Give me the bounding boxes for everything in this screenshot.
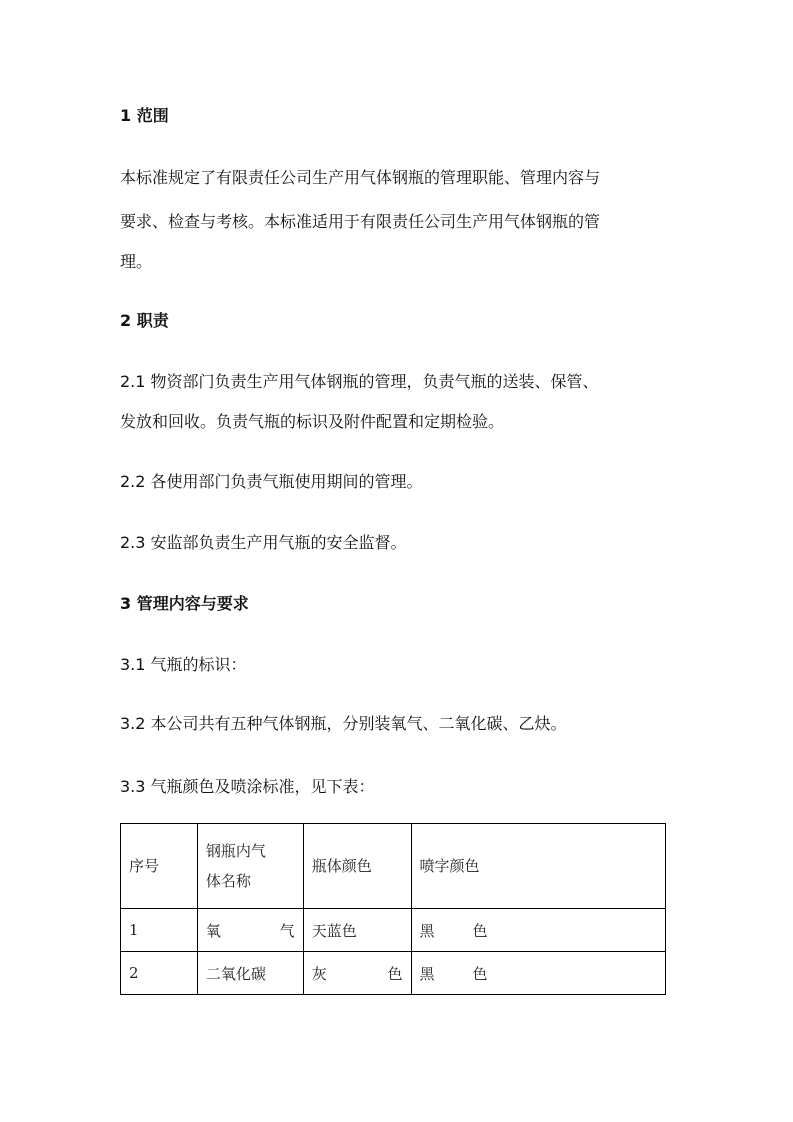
header-cell: 喷字颜色 [411, 824, 666, 909]
cell-text: 气 [280, 920, 295, 941]
header-cell: 瓶体颜色 [303, 824, 411, 909]
cell-text: 灰 [312, 963, 327, 984]
paragraph-line: 3.3 气瓶颜色及喷涂标准，见下表： [120, 765, 680, 809]
header-cell-line: 钢瓶内气 [206, 836, 295, 866]
table-header-row: 序号 钢瓶内气 体名称 瓶体颜色 喷字颜色 [121, 824, 666, 909]
section-heading-2: 2 职责 [120, 311, 169, 331]
cell-no: 2 [121, 952, 198, 995]
cell-text: 氧 [206, 920, 221, 941]
cylinder-color-table: 序号 钢瓶内气 体名称 瓶体颜色 喷字颜色 1 氧气 天蓝色 黑色 2 二氧化碳… [120, 823, 666, 995]
table-row: 1 氧气 天蓝色 黑色 [121, 909, 666, 952]
paragraph-line: 2.3 安监部负责生产用气瓶的安全监督。 [120, 521, 680, 565]
paragraph-line: 理。 [120, 240, 680, 284]
cell-gas: 氧气 [197, 909, 303, 952]
cell-text: 色 [473, 965, 488, 983]
section-heading-1: 1 范围 [120, 106, 169, 126]
paragraph-line: 2.2 各使用部门负责气瓶使用期间的管理。 [120, 460, 680, 504]
cell-no: 1 [121, 909, 198, 952]
cell-text-color: 黑色 [411, 952, 666, 995]
paragraph-line: 要求、检查与考核。本标准适用于有限责任公司生产用气体钢瓶的管 [120, 200, 680, 244]
header-cell-line: 体名称 [206, 866, 295, 896]
header-cell: 序号 [121, 824, 198, 909]
cell-body-color: 灰色 [303, 952, 411, 995]
section-heading-3: 3 管理内容与要求 [120, 594, 249, 614]
cell-text: 色 [473, 922, 488, 940]
cell-text-color: 黑色 [411, 909, 666, 952]
header-cell: 钢瓶内气 体名称 [197, 824, 303, 909]
paragraph-line: 发放和回收。负责气瓶的标识及附件配置和定期检验。 [120, 400, 680, 444]
cell-text: 黑 [420, 922, 435, 940]
cell-body-color: 天蓝色 [303, 909, 411, 952]
paragraph-line: 本标准规定了有限责任公司生产用气体钢瓶的管理职能、管理内容与 [120, 156, 680, 200]
cell-text: 黑 [420, 965, 435, 983]
paragraph-line: 2.1 物资部门负责生产用气体钢瓶的管理，负责气瓶的送装、保管、 [120, 360, 680, 404]
cell-text: 色 [387, 963, 402, 984]
cell-gas: 二氧化碳 [197, 952, 303, 995]
cell-text: 天蓝色 [312, 920, 357, 941]
document-page: 1 范围 本标准规定了有限责任公司生产用气体钢瓶的管理职能、管理内容与 要求、检… [0, 0, 793, 1122]
paragraph-line: 3.2 本公司共有五种气体钢瓶，分别装氧气、二氧化碳、乙炔。 [120, 702, 680, 746]
table-row: 2 二氧化碳 灰色 黑色 [121, 952, 666, 995]
cell-text: 二氧化碳 [206, 963, 266, 984]
paragraph-line: 3.1 气瓶的标识： [120, 643, 680, 687]
